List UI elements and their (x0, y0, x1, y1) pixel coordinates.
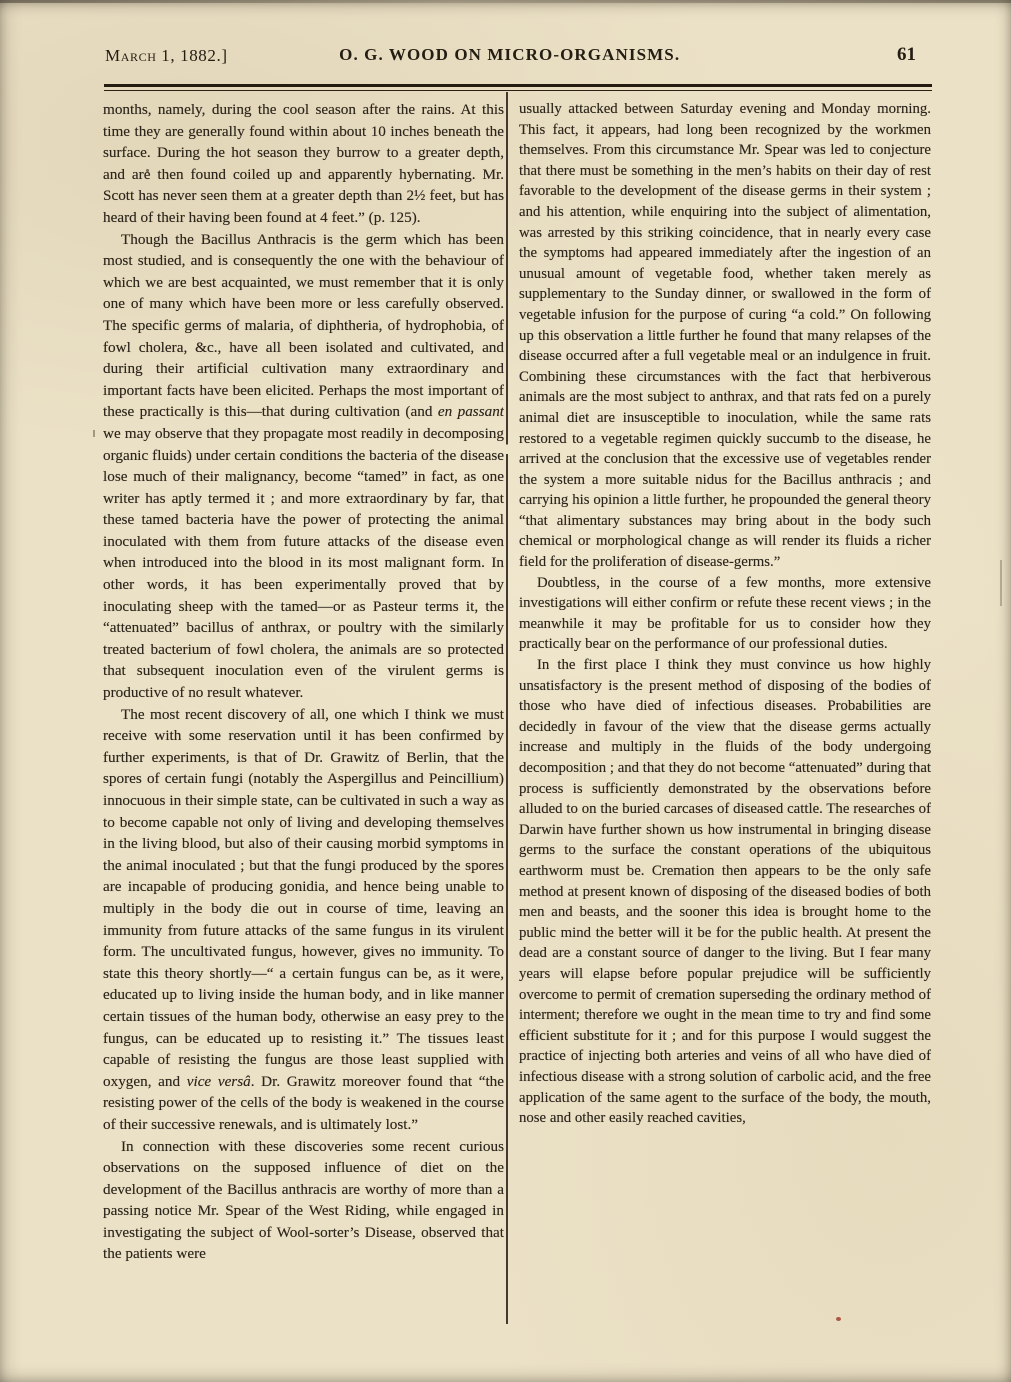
paragraph: In the first place I think they must con… (519, 655, 931, 1129)
header-rule (104, 84, 932, 91)
paragraph: Doubtless, in the course of a few months… (519, 573, 931, 655)
paper-speck (1000, 560, 1002, 606)
paragraph: Though the Bacillus Anthracis is the ger… (103, 229, 504, 704)
paragraph: The most recent discovery of all, one wh… (103, 704, 504, 1136)
journal-page: March 1, 1882.] O. G. WOOD ON MICRO-ORGA… (0, 0, 1011, 1382)
page-header: March 1, 1882.] O. G. WOOD ON MICRO-ORGA… (103, 44, 930, 72)
paragraph: In connection with these discoveries som… (103, 1136, 504, 1266)
paragraph: months, namely, during the cool season a… (103, 99, 504, 229)
header-title: O. G. WOOD ON MICRO-ORGANISMS. (339, 45, 680, 65)
left-column: months, namely, during the cool season a… (103, 99, 504, 1323)
paragraph: usually attacked between Saturday evenin… (519, 99, 931, 573)
page-number: 61 (897, 44, 916, 66)
right-column: usually attacked between Saturday evenin… (519, 99, 931, 1323)
column-divider-rule (506, 92, 508, 1324)
paper-speck (93, 430, 95, 437)
header-date: March 1, 1882.] (105, 46, 228, 66)
